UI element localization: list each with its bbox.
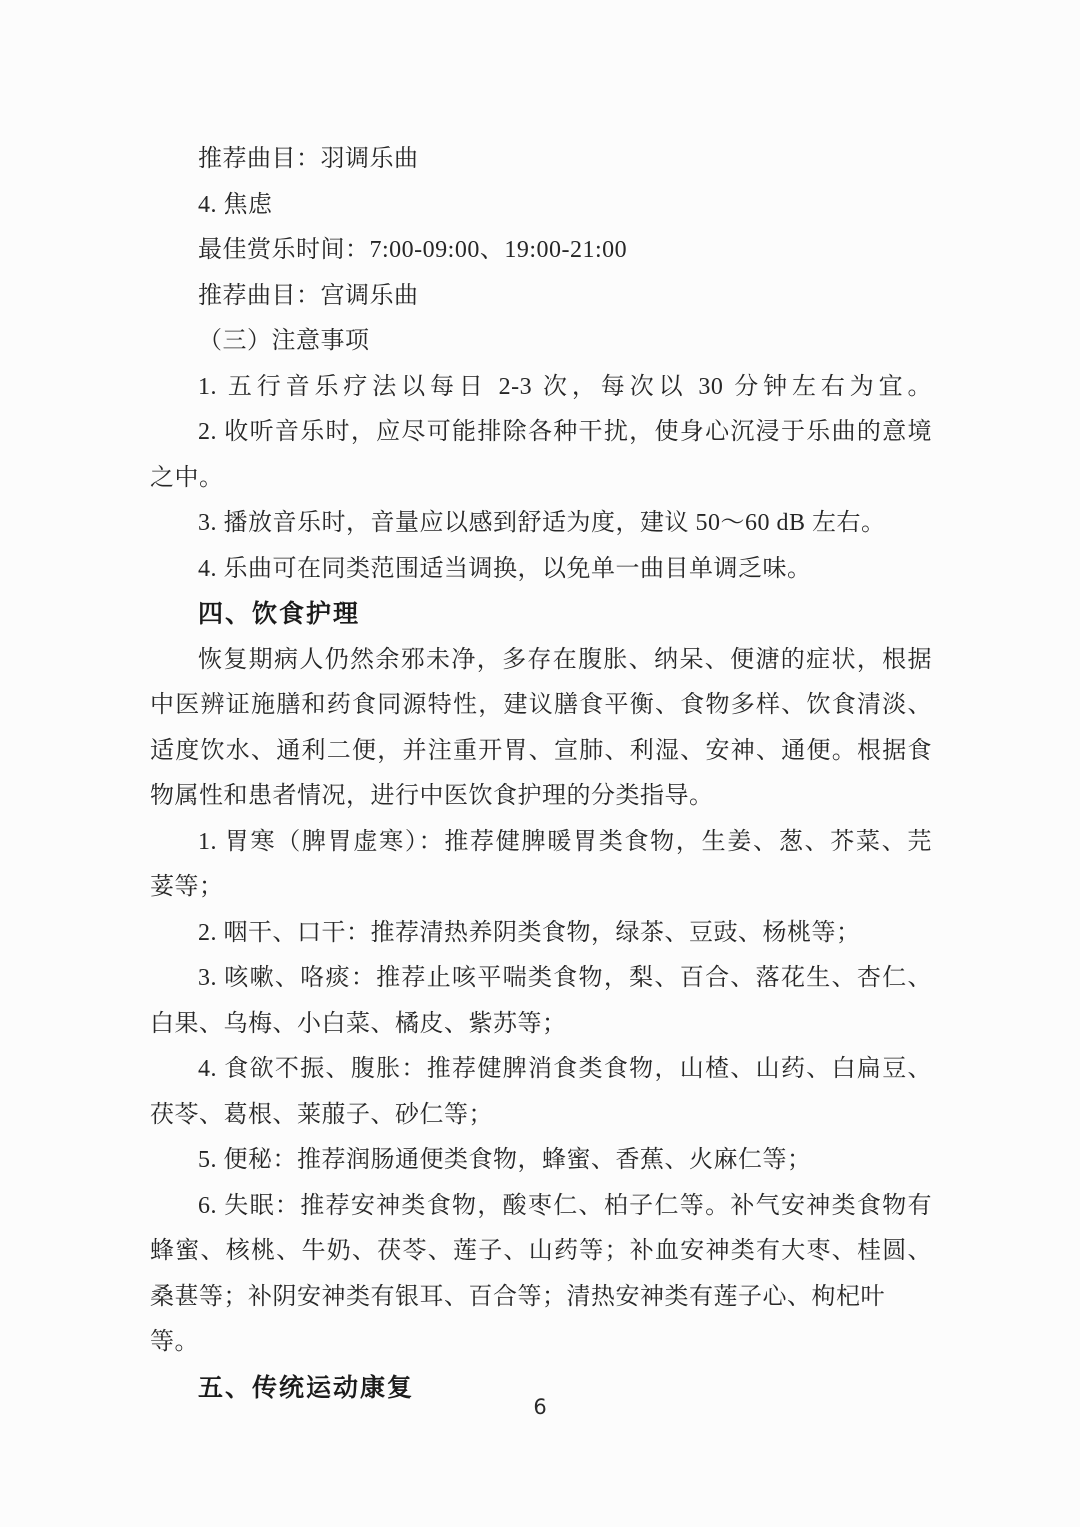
text-line: 4. 乐曲可在同类范围适当调换，以免单一曲目单调乏味。 [150, 547, 932, 593]
paragraph: 3. 咳嗽、咯痰：推荐止咳平喘类食物，梨、百合、落花生、杏仁、白果、乌梅、小白菜… [150, 956, 932, 1047]
text-line: 适度饮水、通利二便，并注重开胃、宣肺、利湿、安神、通便。根据食 [150, 729, 932, 775]
text-line: 中医辨证施膳和药食同源特性，建议膳食平衡、食物多样、饮食清淡、 [150, 683, 932, 729]
paragraph: 推荐曲目：宫调乐曲 [150, 274, 932, 320]
text-line: 4. 焦虑 [150, 183, 932, 229]
text-line: 5. 便秘：推荐润肠通便类食物，蜂蜜、香蕉、火麻仁等； [150, 1138, 932, 1184]
paragraph: 3. 播放音乐时，音量应以感到舒适为度，建议 50～60 dB 左右。 [150, 501, 932, 547]
text-line: 茯苓、葛根、莱菔子、砂仁等； [150, 1093, 932, 1139]
paragraph: 恢复期病人仍然余邪未净，多存在腹胀、纳呆、便溏的症状，根据中医辨证施膳和药食同源… [150, 638, 932, 820]
section-heading: 四、饮食护理 [150, 592, 932, 638]
text-line: 2. 咽干、口干：推荐清热养阴类食物，绿茶、豆豉、杨桃等； [150, 911, 932, 957]
text-line: （三）注意事项 [150, 319, 932, 365]
text-line: 四、饮食护理 [150, 592, 932, 638]
paragraph: 4. 乐曲可在同类范围适当调换，以免单一曲目单调乏味。 [150, 547, 932, 593]
paragraph: 2. 咽干、口干：推荐清热养阴类食物，绿茶、豆豉、杨桃等； [150, 911, 932, 957]
text-line: 白果、乌梅、小白菜、橘皮、紫苏等； [150, 1002, 932, 1048]
text-line: 1. 胃寒（脾胃虚寒）：推荐健脾暖胃类食物，生姜、葱、芥菜、芫 [150, 820, 932, 866]
document-page: 推荐曲目：羽调乐曲4. 焦虑最佳赏乐时间：7:00-09:00、19:00-21… [0, 0, 1080, 1527]
page-number: 6 [533, 1395, 546, 1419]
text-line: 1. 五行音乐疗法以每日 2-3 次，每次以 30 分钟左右为宜。 [150, 365, 932, 411]
document-body: 推荐曲目：羽调乐曲4. 焦虑最佳赏乐时间：7:00-09:00、19:00-21… [150, 137, 932, 1411]
paragraph: 1. 五行音乐疗法以每日 2-3 次，每次以 30 分钟左右为宜。 [150, 365, 932, 411]
page-footer: 6 [0, 1384, 1080, 1430]
paragraph: 4. 食欲不振、腹胀：推荐健脾消食类食物，山楂、山药、白扁豆、茯苓、葛根、莱菔子… [150, 1047, 932, 1138]
text-line: 推荐曲目：宫调乐曲 [150, 274, 932, 320]
paragraph: （三）注意事项 [150, 319, 932, 365]
paragraph: 最佳赏乐时间：7:00-09:00、19:00-21:00 [150, 228, 932, 274]
paragraph: 4. 焦虑 [150, 183, 932, 229]
paragraph: 1. 胃寒（脾胃虚寒）：推荐健脾暖胃类食物，生姜、葱、芥菜、芫荽等； [150, 820, 932, 911]
text-line: 6. 失眠：推荐安神类食物，酸枣仁、柏子仁等。补气安神类食物有 [150, 1184, 932, 1230]
paragraph: 5. 便秘：推荐润肠通便类食物，蜂蜜、香蕉、火麻仁等； [150, 1138, 932, 1184]
text-line: 之中。 [150, 456, 932, 502]
text-line: 2. 收听音乐时，应尽可能排除各种干扰，使身心沉浸于乐曲的意境 [150, 410, 932, 456]
text-line: 物属性和患者情况，进行中医饮食护理的分类指导。 [150, 774, 932, 820]
text-line: 桑葚等；补阴安神类有银耳、百合等；清热安神类有莲子心、枸杞叶等。 [150, 1275, 932, 1366]
text-line: 推荐曲目：羽调乐曲 [150, 137, 932, 183]
text-line: 恢复期病人仍然余邪未净，多存在腹胀、纳呆、便溏的症状，根据 [150, 638, 932, 684]
text-line: 荽等； [150, 865, 932, 911]
text-line: 3. 咳嗽、咯痰：推荐止咳平喘类食物，梨、百合、落花生、杏仁、 [150, 956, 932, 1002]
text-line: 3. 播放音乐时，音量应以感到舒适为度，建议 50～60 dB 左右。 [150, 501, 932, 547]
paragraph: 推荐曲目：羽调乐曲 [150, 137, 932, 183]
paragraph: 6. 失眠：推荐安神类食物，酸枣仁、柏子仁等。补气安神类食物有蜂蜜、核桃、牛奶、… [150, 1184, 932, 1366]
text-line: 4. 食欲不振、腹胀：推荐健脾消食类食物，山楂、山药、白扁豆、 [150, 1047, 932, 1093]
text-line: 最佳赏乐时间：7:00-09:00、19:00-21:00 [150, 228, 932, 274]
text-line: 蜂蜜、核桃、牛奶、茯苓、莲子、山药等；补血安神类有大枣、桂圆、 [150, 1229, 932, 1275]
paragraph: 2. 收听音乐时，应尽可能排除各种干扰，使身心沉浸于乐曲的意境之中。 [150, 410, 932, 501]
